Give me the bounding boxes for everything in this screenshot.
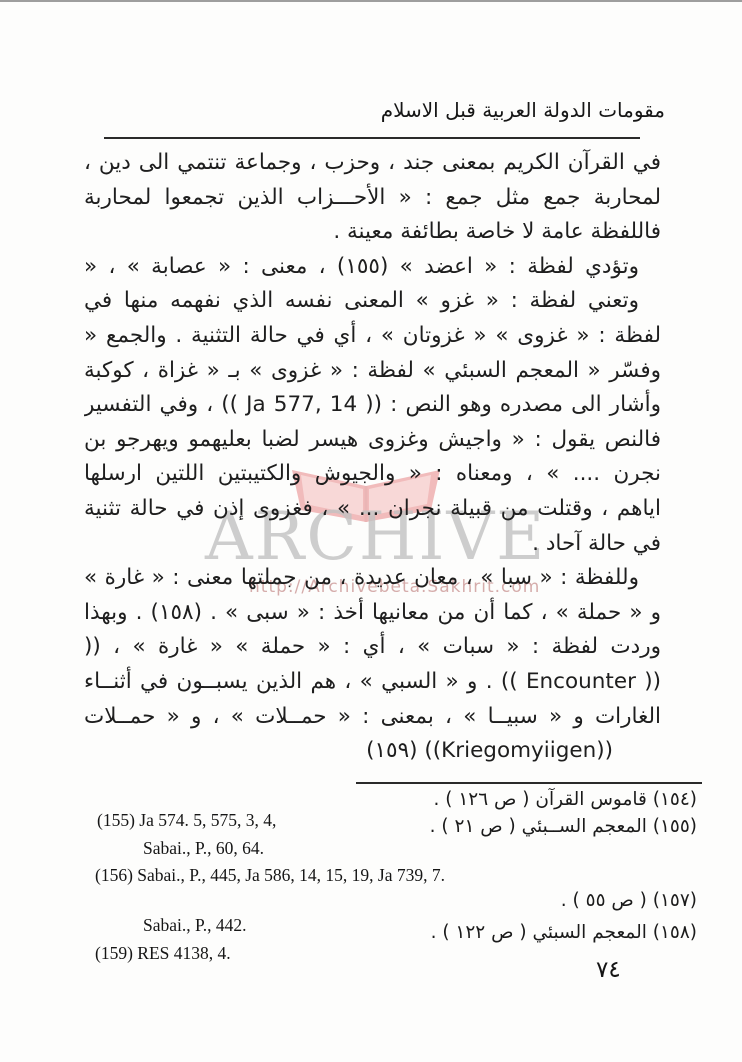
body-line: لفظة : « غزوى » « غزوتان » ، أي في حالة …: [84, 319, 661, 354]
body-line: ((Kriegomyiigen)) (١٥٩): [84, 734, 661, 769]
body-line: في القرآن الكريم بمعنى جند ، وحزب ، وجما…: [84, 146, 661, 181]
body-line: لمحاربة جمع مثل جمع : « الأحـــزاب الذين…: [84, 181, 661, 216]
body-line: فاللفظة عامة لا خاصة بطائفة معينة .: [84, 215, 661, 250]
footnote-separator: [356, 782, 702, 784]
body-line: وتؤدي لفظة : « اعضد » (١٥٥) ، معنى : « ع…: [84, 250, 661, 285]
body-line: في حالة آحاد .: [84, 527, 661, 562]
footnote-lat-156: (156) Sabai., P., 445, Ja 586, 14, 15, 1…: [95, 864, 445, 886]
body-line: اياهم ، وقتلت من قبيلة نجران ... » ، فغز…: [84, 492, 661, 527]
footnote-ar-158: (١٥٨) المعجم السبئي ( ص ١٢٢ ) .: [431, 921, 697, 945]
body-line: نجرن .... » ، ومعناه : « والجيوش والكتيب…: [84, 457, 661, 492]
body-line: وردت لفظة : « سبات » ، أي : « حملة » « غ…: [84, 630, 661, 665]
body-line: و « حملة » ، كما أن من معانيها أخذ : « س…: [84, 596, 661, 631]
body-line: (( Encounter )) . و « السبي » ، هم الذين…: [84, 665, 661, 700]
scanned-book-page: ARCHIVE http://Archivebeta.Sakhrit.com م…: [0, 0, 742, 1062]
footnote-ar-155: (١٥٥) المعجم الســبئي ( ص ٢١ ) .: [430, 815, 697, 839]
body-line: وتعني لفظة : « غزو » المعنى نفسه الذي نف…: [84, 284, 661, 319]
page-header-title: مقومات الدولة العربية قبل الاسلام: [381, 95, 665, 125]
header-rule: [104, 137, 640, 139]
page-number-label: ٧٤: [596, 957, 621, 983]
footnote-ar-154: (١٥٤) قاموس القرآن ( ص ١٢٦ ) .: [433, 788, 697, 812]
footnote-lat-159: (159) RES 4138, 4.: [95, 942, 231, 964]
footnote-lat-158: Sabai., P., 442.: [143, 914, 247, 936]
body-line: وللفظة : « سبا » ، معان عديدة ، من جملته…: [84, 561, 661, 596]
body-text: في القرآن الكريم بمعنى جند ، وحزب ، وجما…: [84, 146, 661, 769]
body-line: وأشار الى مصدره وهو النص : (( Ja 577, 14…: [84, 388, 661, 423]
body-line: الغارات و « سبيــا » ، بمعنى : « حمــلات…: [84, 700, 661, 735]
body-line: فالنص يقول : « واجيش وغزوى هيسر لضبا بعل…: [84, 423, 661, 458]
footnote-lat-155-line2: Sabai., P., 60, 64.: [143, 837, 264, 859]
footnote-lat-155-line1: (155) Ja 574. 5, 575, 3, 4,: [97, 809, 276, 831]
body-line: وفسّر « المعجم السبئي » لفظة : « غزوى » …: [84, 354, 661, 389]
footnote-ar-157: (١٥٧) ( ص ٥٥ ) .: [561, 889, 697, 913]
scan-top-edge: [0, 0, 742, 2]
